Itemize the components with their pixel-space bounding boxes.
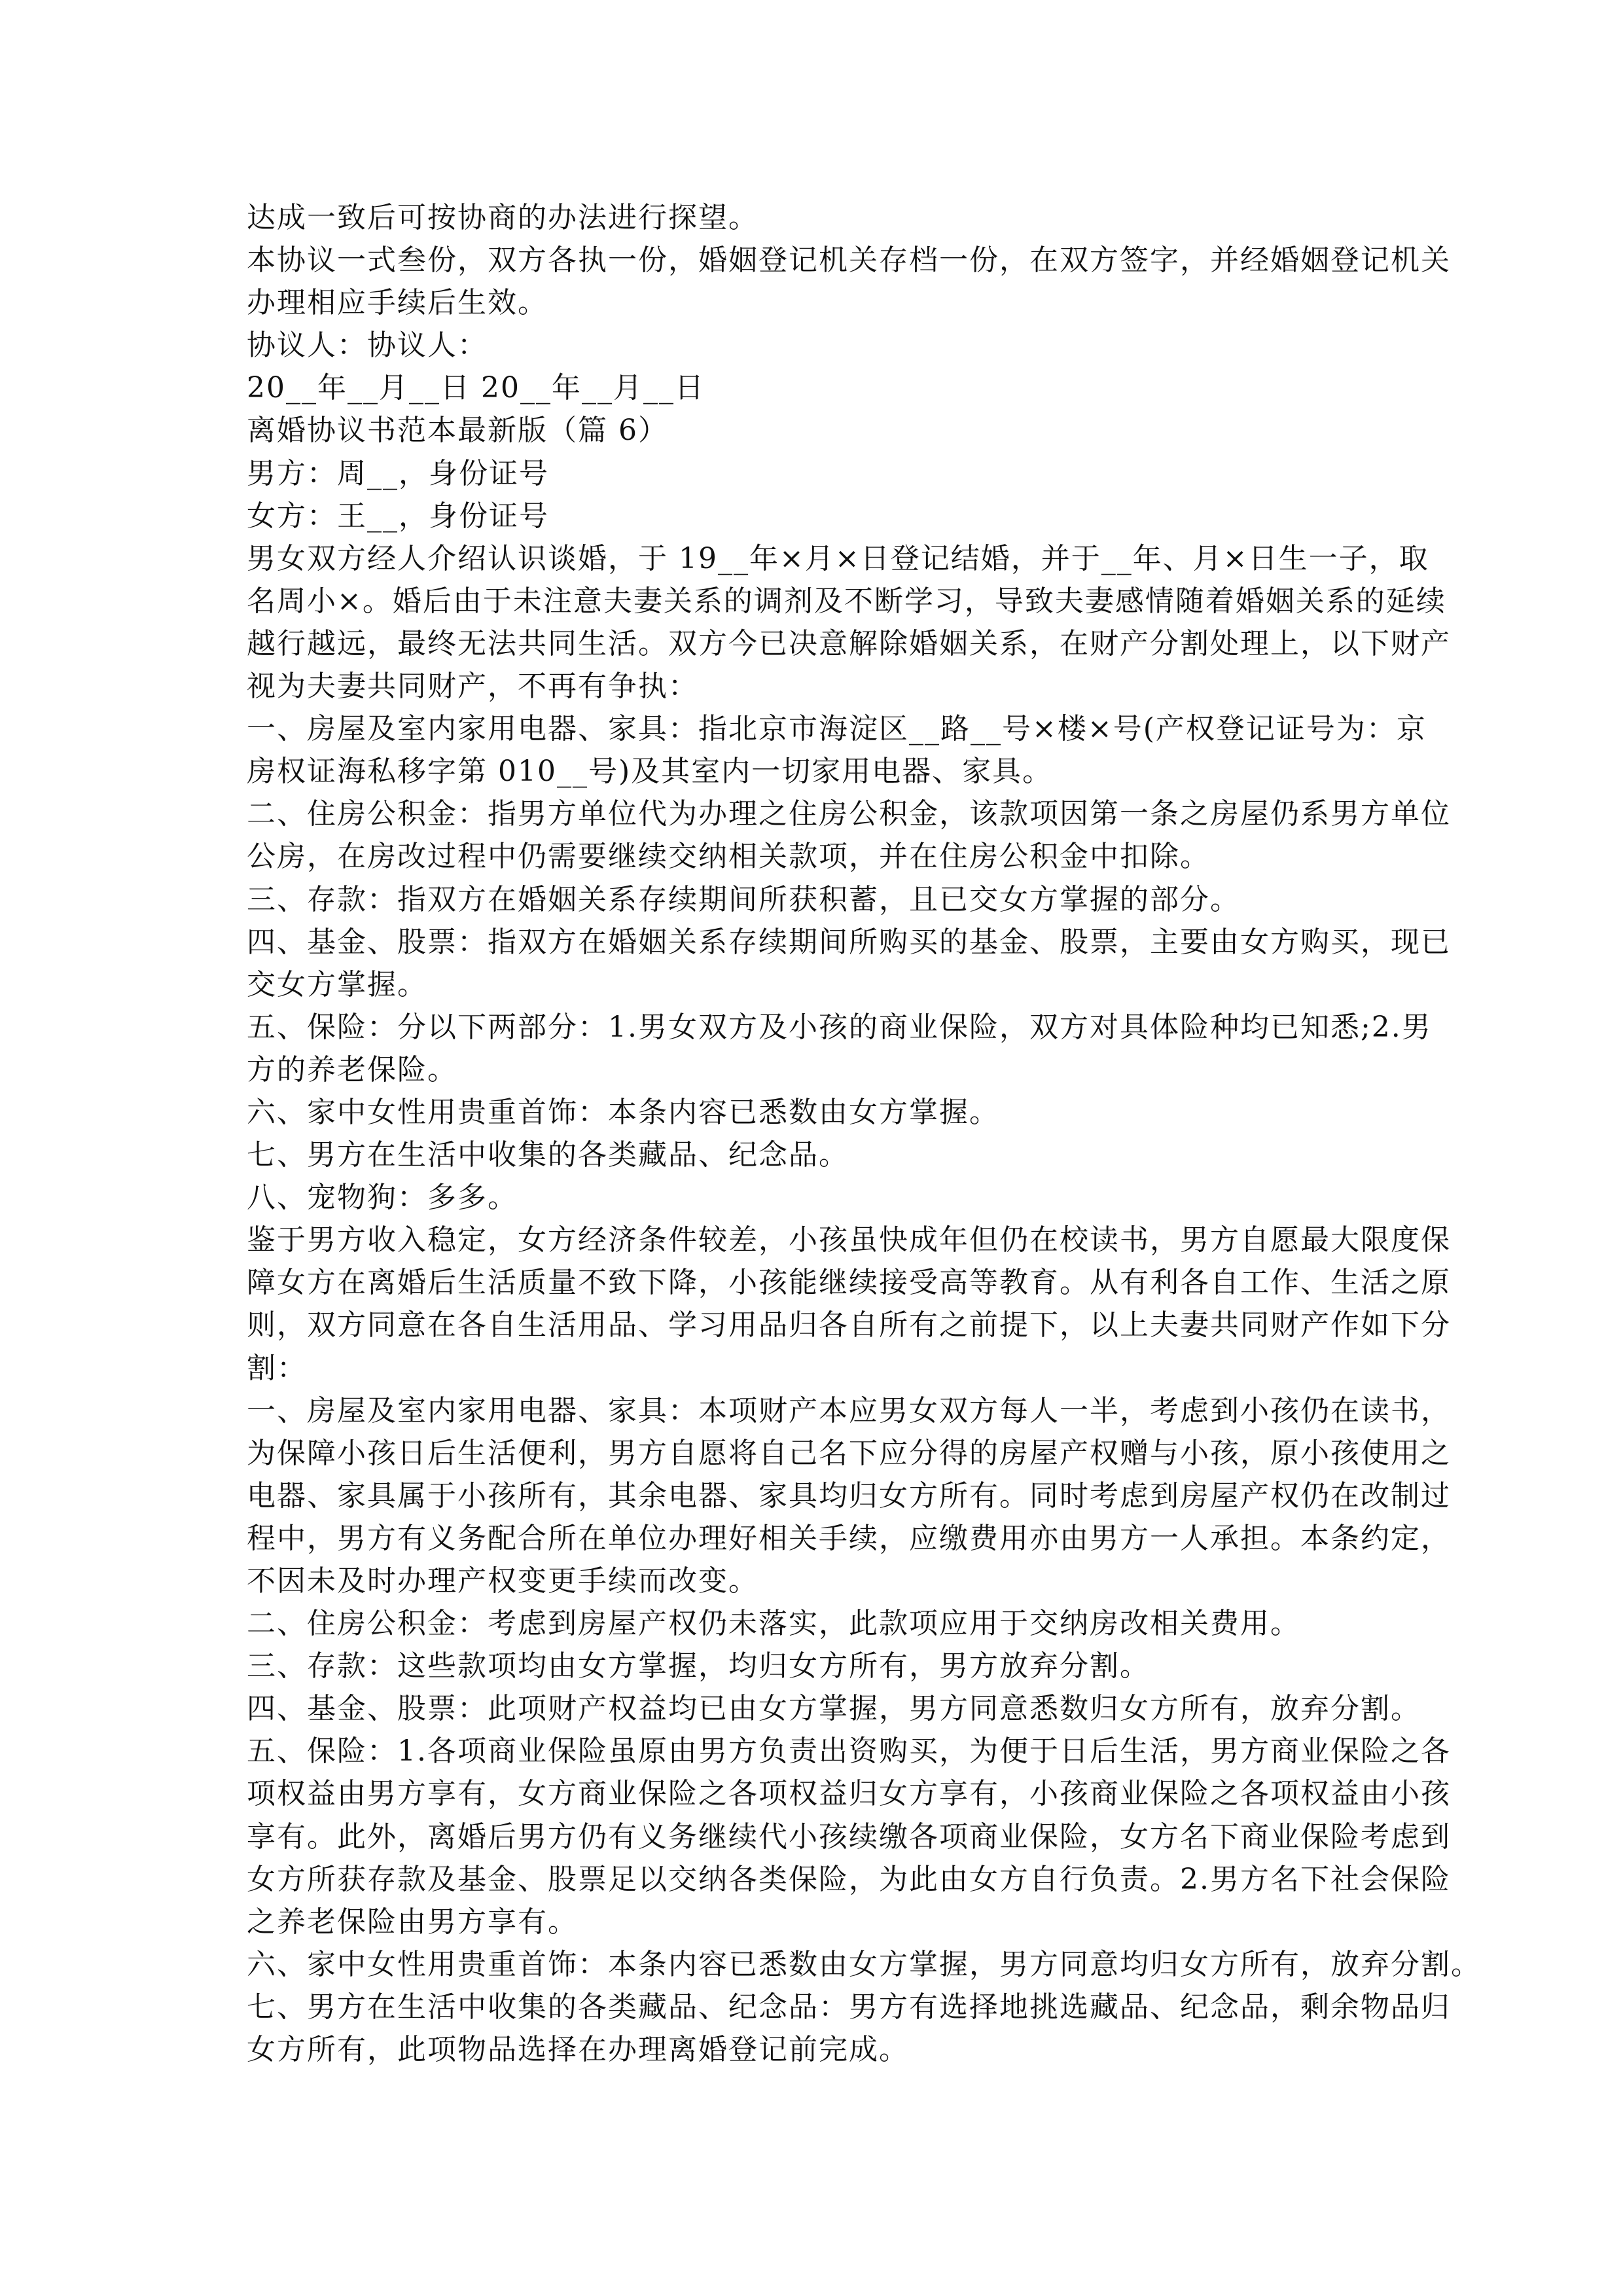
text-line: 视为夫妻共同财产，不再有争执： xyxy=(247,665,1385,708)
clause-line: 八、宠物狗：多多。 xyxy=(247,1176,1385,1219)
party-female-line: 女方：王__，身份证号 xyxy=(247,495,1385,537)
clause-line: 项权益由男方享有，女方商业保险之各项权益归女方享有，小孩商业保险之各项权益由小孩 xyxy=(247,1772,1385,1815)
clause-line: 二、住房公积金：考虑到房屋产权仍未落实，此款项应用于交纳房改相关费用。 xyxy=(247,1602,1385,1645)
clause-line: 六、家中女性用贵重首饰：本条内容已悉数由女方掌握，男方同意均归女方所有，放弃分割… xyxy=(247,1943,1385,1986)
section-title: 离婚协议书范本最新版（篇 6） xyxy=(247,409,1385,452)
text-line: 办理相应手续后生效。 xyxy=(247,281,1385,324)
clause-line: 六、家中女性用贵重首饰：本条内容已悉数由女方掌握。 xyxy=(247,1091,1385,1134)
text-line: 本协议一式叁份，双方各执一份，婚姻登记机关存档一份，在双方签字，并经婚姻登记机关 xyxy=(247,239,1385,281)
clause-line: 享有。此外，离婚后男方仍有义务继续代小孩续缴各项商业保险，女方名下商业保险考虑到 xyxy=(247,1816,1385,1858)
text-line: 则，双方同意在各自生活用品、学习用品归各自所有之前提下，以上夫妻共同财产作如下分 xyxy=(247,1304,1385,1346)
clause-line: 四、基金、股票：指双方在婚姻关系存续期间所购买的基金、股票，主要由女方购买，现已 xyxy=(247,921,1385,963)
text-line: 达成一致后可按协商的办法进行探望。 xyxy=(247,196,1385,239)
clause-line: 女方所有，此项物品选择在办理离婚登记前完成。 xyxy=(247,2028,1385,2071)
clause-line: 五、保险：1.各项商业保险虽原由男方负责出资购买，为便于日后生活，男方商业保险之… xyxy=(247,1730,1385,1772)
clause-line: 为保障小孩日后生活便利，男方自愿将自己名下应分得的房屋产权赠与小孩，原小孩使用之 xyxy=(247,1432,1385,1475)
clause-line: 一、房屋及室内家用电器、家具：指北京市海淀区__路__号×楼×号(产权登记证号为… xyxy=(247,708,1385,750)
text-line: 割： xyxy=(247,1347,1385,1390)
clause-line: 公房，在房改过程中仍需要继续交纳相关款项，并在住房公积金中扣除。 xyxy=(247,835,1385,878)
clause-line: 电器、家具属于小孩所有，其余电器、家具均归女方所有。同时考虑到房屋产权仍在改制过 xyxy=(247,1475,1385,1517)
clause-line: 二、住房公积金：指男方单位代为办理之住房公积金，该款项因第一条之房屋仍系男方单位 xyxy=(247,793,1385,835)
clause-line: 方的养老保险。 xyxy=(247,1049,1385,1091)
clause-line: 之养老保险由男方享有。 xyxy=(247,1901,1385,1943)
text-line: 男女双方经人介绍认识谈婚，于 19__年×月×日登记结婚，并于__年、月×日生一… xyxy=(247,537,1385,580)
clause-line: 程中，男方有义务配合所在单位办理好相关手续，应缴费用亦由男方一人承担。本条约定， xyxy=(247,1517,1385,1560)
text-line: 名周小×。婚后由于未注意夫妻关系的调剂及不断学习，导致夫妻感情随着婚姻关系的延续 xyxy=(247,580,1385,622)
document-page: 达成一致后可按协商的办法进行探望。 本协议一式叁份，双方各执一份，婚姻登记机关存… xyxy=(247,196,1385,2071)
clause-line: 不因未及时办理产权变更手续而改变。 xyxy=(247,1560,1385,1602)
clause-line: 三、存款：这些款项均由女方掌握，均归女方所有，男方放弃分割。 xyxy=(247,1645,1385,1687)
text-line: 越行越远，最终无法共同生活。双方今已决意解除婚姻关系，在财产分割处理上，以下财产 xyxy=(247,622,1385,665)
clause-line: 女方所获存款及基金、股票足以交纳各类保险，为此由女方自行负责。2.男方名下社会保… xyxy=(247,1858,1385,1901)
party-male-line: 男方：周__，身份证号 xyxy=(247,452,1385,495)
clause-line: 七、男方在生活中收集的各类藏品、纪念品。 xyxy=(247,1134,1385,1176)
clause-line: 七、男方在生活中收集的各类藏品、纪念品：男方有选择地挑选藏品、纪念品，剩余物品归 xyxy=(247,1986,1385,2028)
clause-line: 五、保险：分以下两部分：1.男女双方及小孩的商业保险，双方对具体险种均已知悉;2… xyxy=(247,1006,1385,1049)
clause-line: 一、房屋及室内家用电器、家具：本项财产本应男女双方每人一半，考虑到小孩仍在读书， xyxy=(247,1390,1385,1432)
clause-line: 交女方掌握。 xyxy=(247,963,1385,1006)
clause-line: 房权证海私移字第 010__号)及其室内一切家用电器、家具。 xyxy=(247,750,1385,793)
text-line: 障女方在离婚后生活质量不致下降，小孩能继续接受高等教育。从有利各自工作、生活之原 xyxy=(247,1261,1385,1304)
clause-line: 三、存款：指双方在婚姻关系存续期间所获积蓄，且已交女方掌握的部分。 xyxy=(247,878,1385,921)
signature-line: 协议人：协议人： xyxy=(247,324,1385,367)
text-line: 鉴于男方收入稳定，女方经济条件较差，小孩虽快成年但仍在校读书，男方自愿最大限度保 xyxy=(247,1219,1385,1261)
clause-line: 四、基金、股票：此项财产权益均已由女方掌握，男方同意悉数归女方所有，放弃分割。 xyxy=(247,1687,1385,1730)
date-line: 20__年__月__日 20__年__月__日 xyxy=(247,367,1385,409)
